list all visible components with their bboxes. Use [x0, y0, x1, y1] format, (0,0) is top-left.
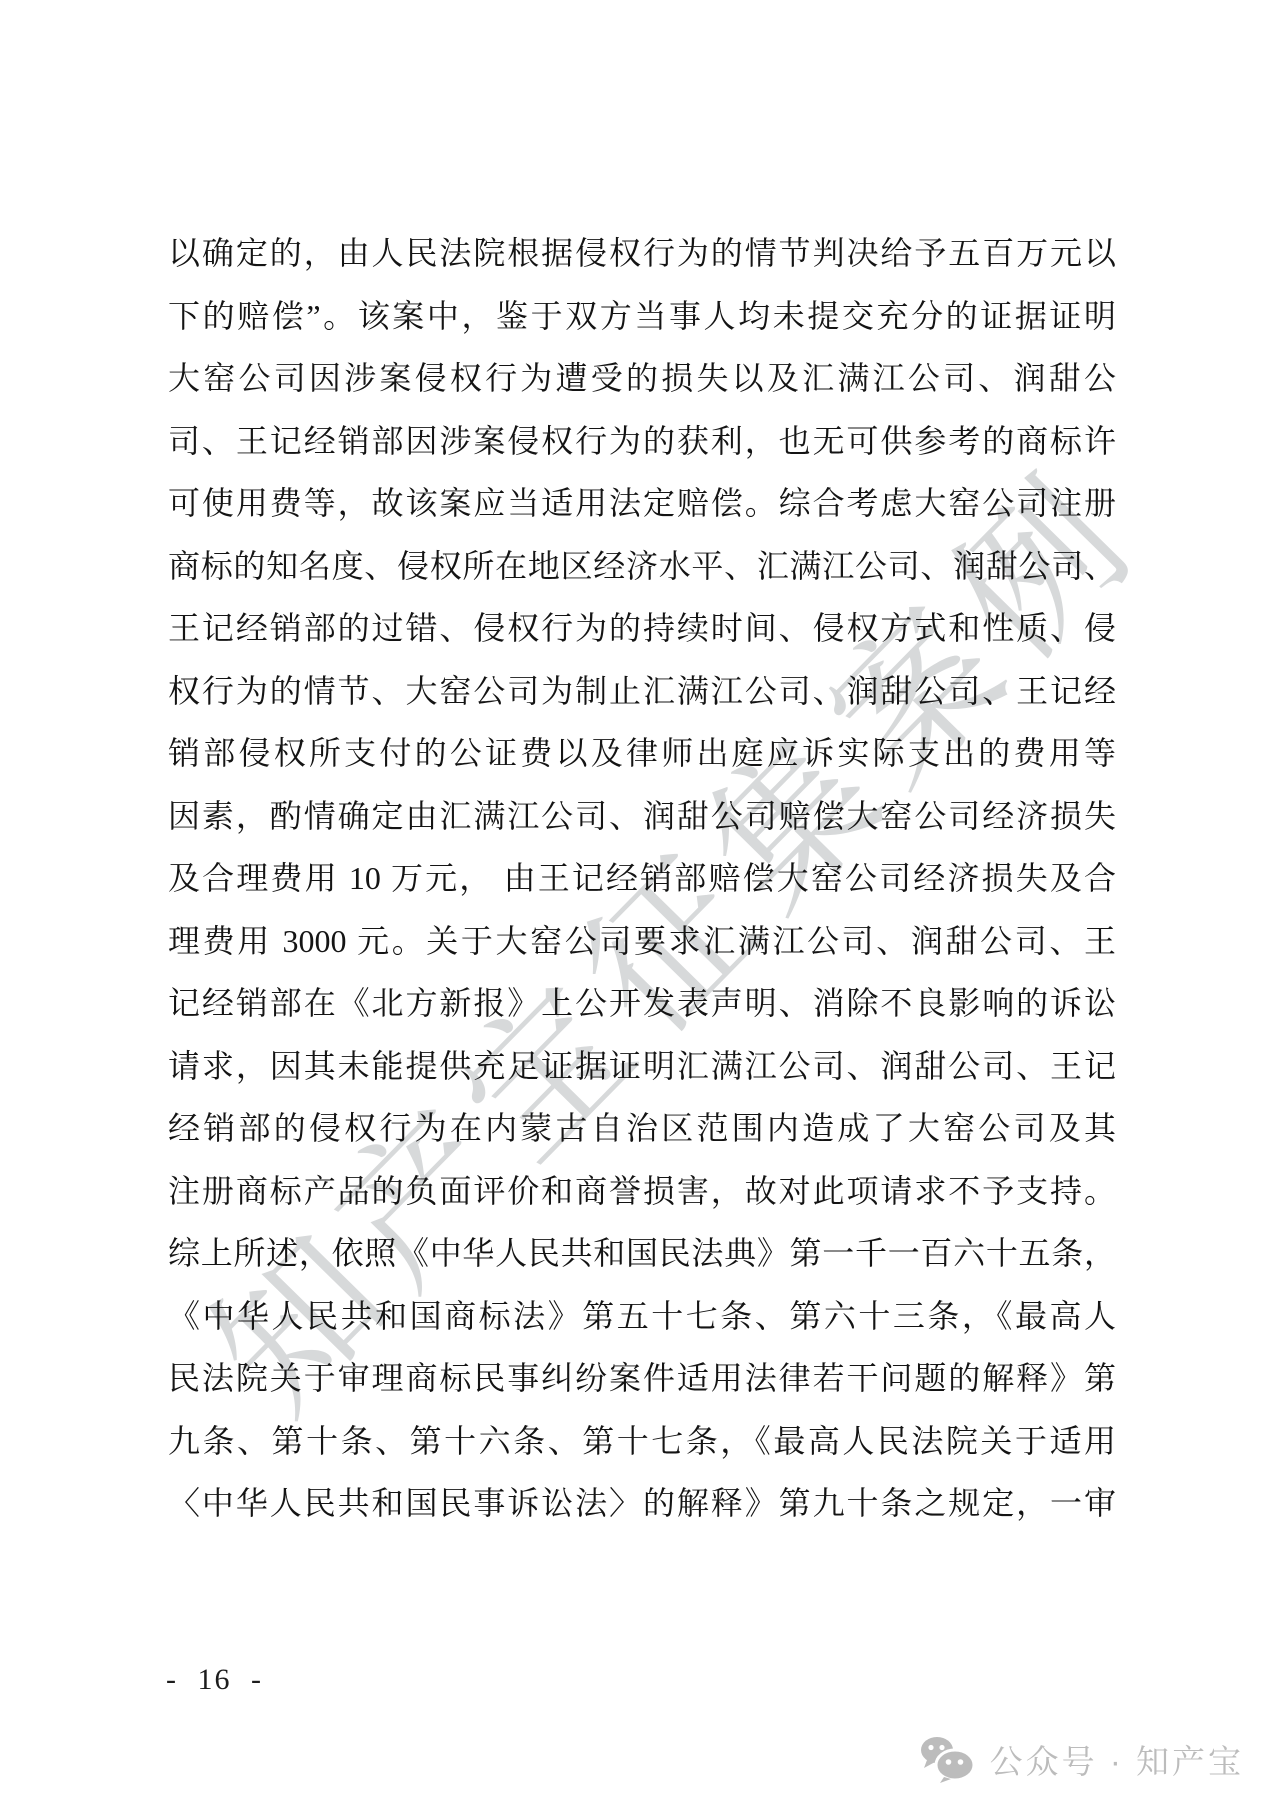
text-line: 大窑公司因涉案侵权行为遭受的损失以及汇满江公司、润甜公: [168, 347, 1116, 410]
text-line: 可使用费等，故该案应当适用法定赔偿。综合考虑大窑公司注册: [168, 472, 1116, 535]
text-line: 请求，因其未能提供充足证据证明汇满江公司、润甜公司、王记: [168, 1035, 1116, 1098]
text-line: 理费用 3000 元。关于大窑公司要求汇满江公司、润甜公司、王: [168, 910, 1116, 973]
text-line: 九条、第十条、第十六条、第十七条，《最高人民法院关于适用: [168, 1410, 1116, 1473]
text-line: 销部侵权所支付的公证费以及律师出庭应诉实际支出的费用等: [168, 722, 1116, 785]
text-line: 下的赔偿”。该案中，鉴于双方当事人均未提交充分的证据证明: [168, 285, 1116, 348]
text-line: 王记经销部的过错、侵权行为的持续时间、侵权方式和性质、侵: [168, 597, 1116, 660]
text-line: 经销部的侵权行为在内蒙古自治区范围内造成了大窑公司及其: [168, 1097, 1116, 1160]
text-line: 及合理费用 10 万元， 由王记经销部赔偿大窑公司经济损失及合: [168, 847, 1116, 910]
text-line: 商标的知名度、侵权所在地区经济水平、汇满江公司、润甜公司、: [168, 535, 1116, 598]
text-line: 注册商标产品的负面评价和商誉损害，故对此项请求不予支持。: [168, 1160, 1116, 1223]
footer-label: 公众号 · 知产宝: [990, 1736, 1244, 1783]
text-line: 民法院关于审理商标民事纠纷案件适用法律若干问题的解释》第: [168, 1347, 1116, 1410]
text-line: 权行为的情节、大窑公司为制止汇满江公司、润甜公司、王记经: [168, 660, 1116, 723]
text-line: 《中华人民共和国商标法》第五十七条、第六十三条，《最高人: [168, 1285, 1116, 1348]
page: 知产宝征集案例 以确定的，由人民法院根据侵权行为的情节判决给予五百万元以下的赔偿…: [0, 0, 1280, 1810]
footer: 公众号 · 知产宝: [920, 1736, 1244, 1783]
text-line: 司、王记经销部因涉案侵权行为的获利，也无可供参考的商标许: [168, 410, 1116, 473]
wechat-icon: [920, 1737, 976, 1783]
text-line: 以确定的，由人民法院根据侵权行为的情节判决给予五百万元以: [168, 222, 1116, 285]
text-line: 记经销部在《北方新报》上公开发表声明、消除不良影响的诉讼: [168, 972, 1116, 1035]
page-number: - 16 -: [166, 1663, 263, 1697]
text-line: 因素，酌情确定由汇满江公司、润甜公司赔偿大窑公司经济损失: [168, 785, 1116, 848]
text-line: 综上所述，依照《中华人民共和国民法典》第一千一百六十五条，: [168, 1222, 1116, 1285]
text-line: 〈中华人民共和国民事诉讼法〉的解释》第九十条之规定，一审: [168, 1472, 1116, 1535]
body-text: 以确定的，由人民法院根据侵权行为的情节判决给予五百万元以下的赔偿”。该案中，鉴于…: [168, 222, 1116, 1535]
